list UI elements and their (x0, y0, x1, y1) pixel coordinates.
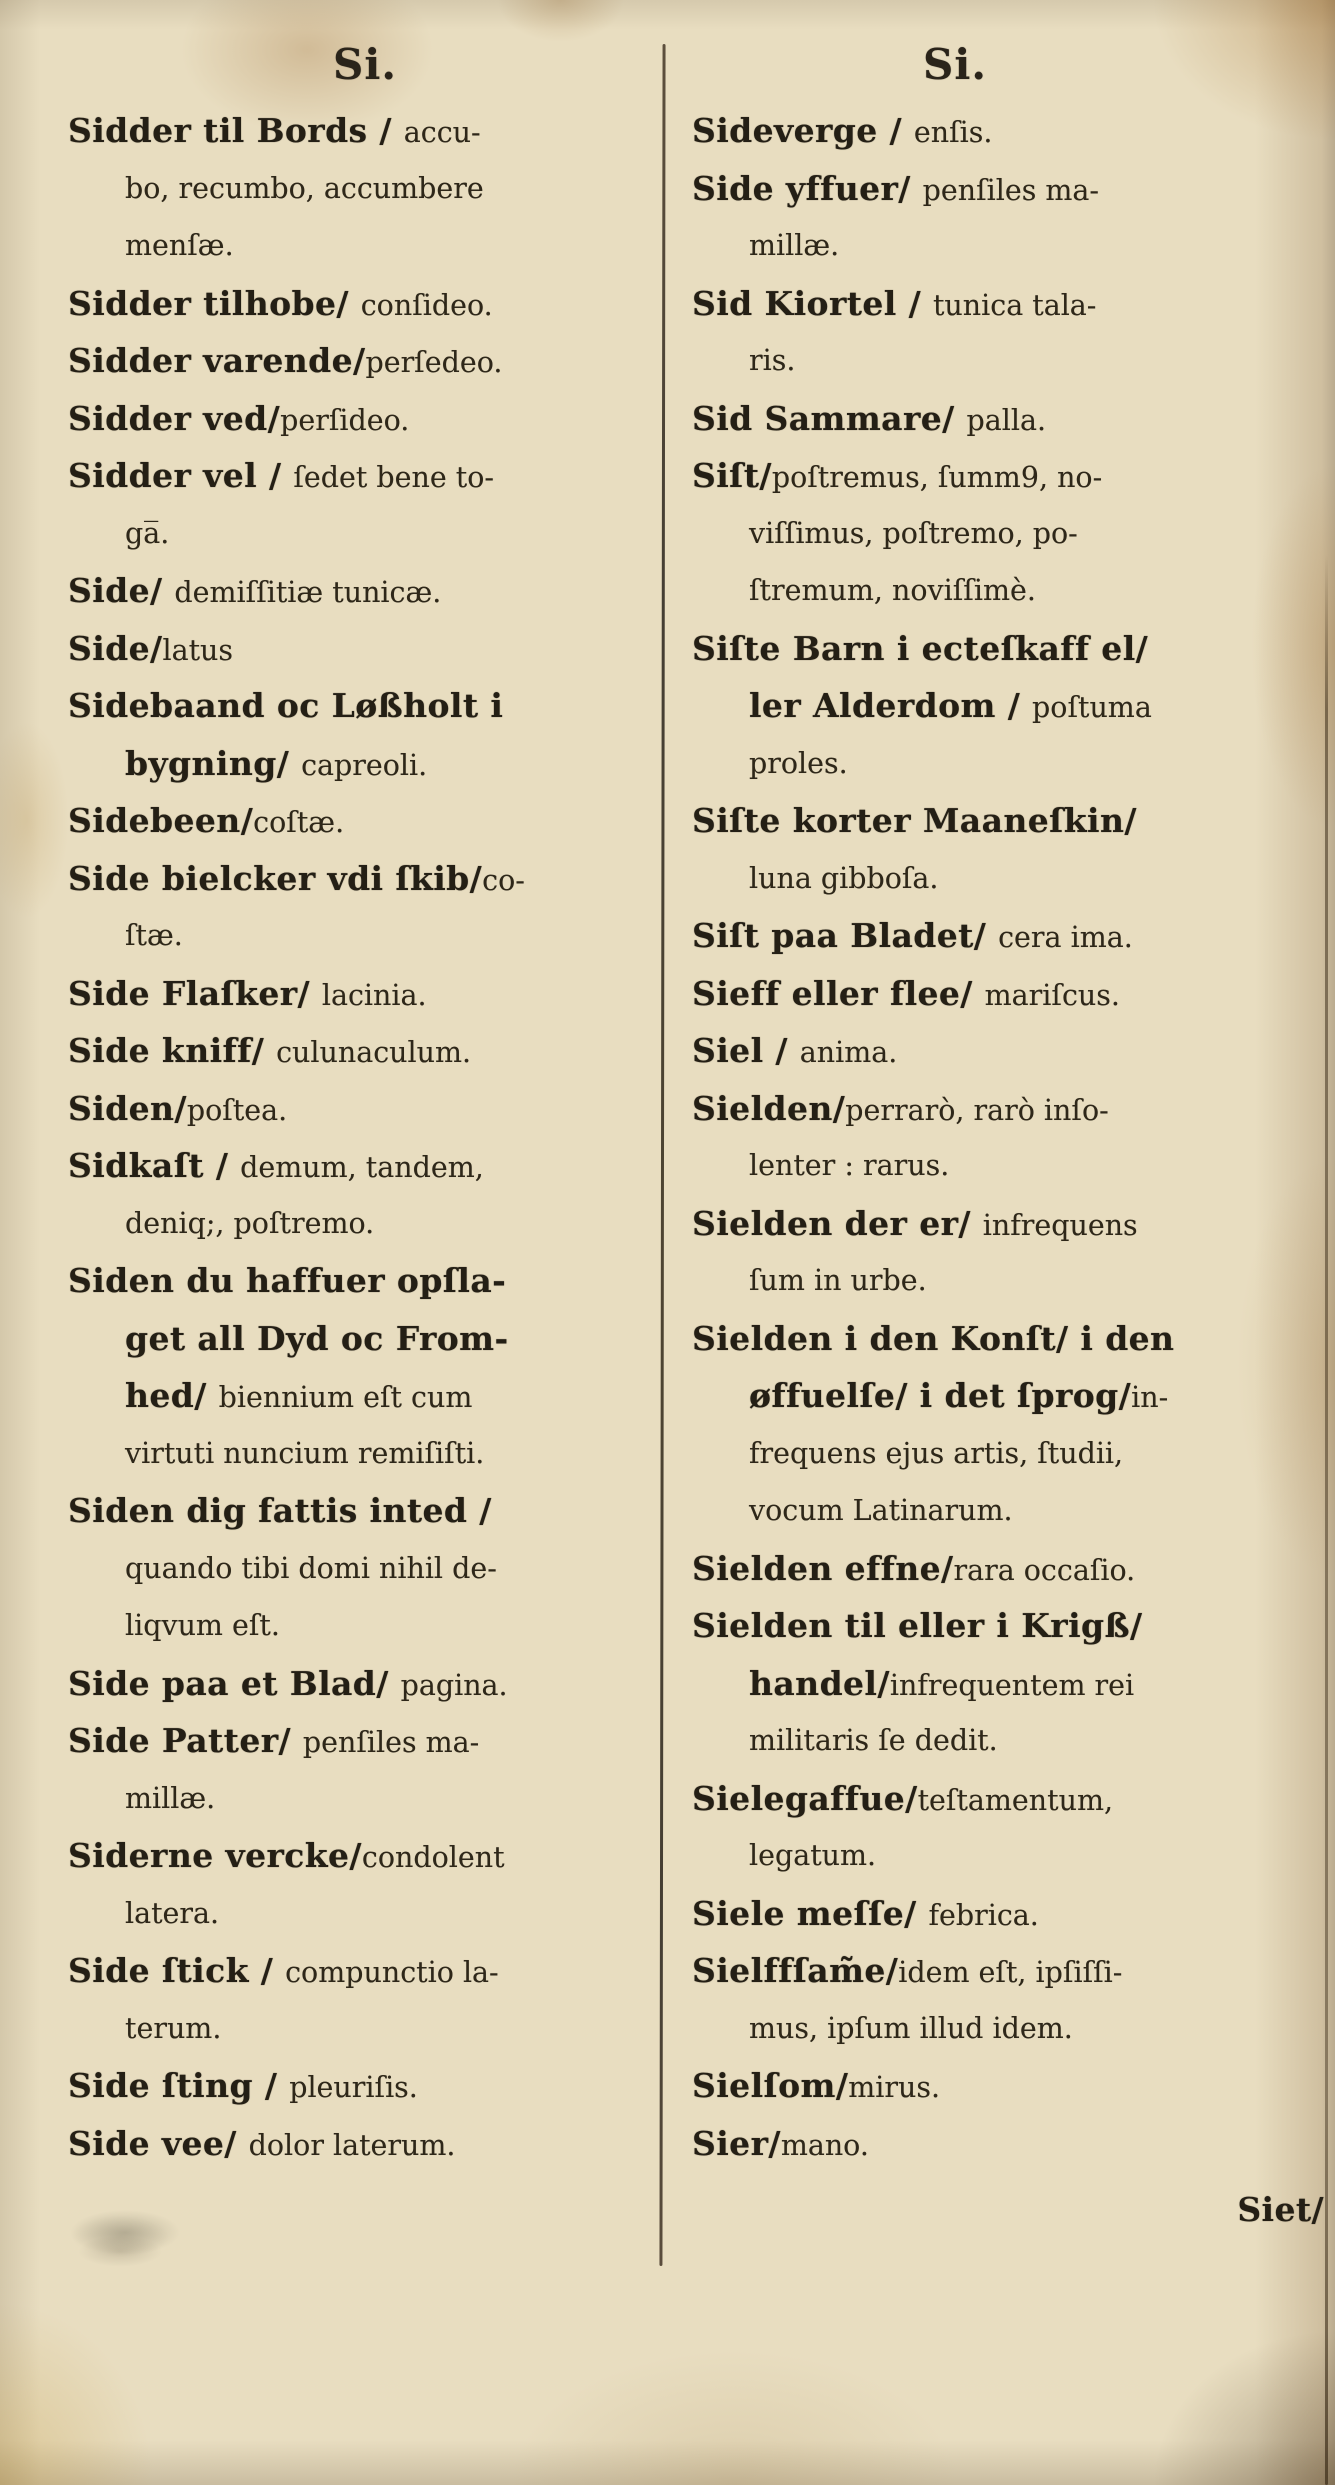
entry-line: bo, recumbo, accumbere (68, 160, 662, 218)
definition-text: perſideo. (280, 404, 409, 437)
headword-text: ler Alderdom / (749, 686, 1032, 725)
entry-line: Siſte Barn i ecteſkaff el/ (692, 620, 1334, 678)
definition-text: pagina. (401, 1669, 508, 1702)
running-head-right: Si. (692, 34, 1334, 96)
headword-text: Sidder ved/ (68, 399, 280, 438)
entry-line: Side/ demiſſitiæ tunicæ. (68, 562, 662, 620)
headword-text: Siden du haffuer opſla- (68, 1261, 506, 1300)
definition-text: teſtamentum, (918, 1784, 1113, 1817)
headword-text: Sideverge / (692, 111, 914, 150)
headword-text: Side vee/ (68, 2124, 249, 2163)
headword-text: Sidebaand oc Løßholt i (68, 686, 503, 725)
definition-text: ſum in urbe. (749, 1264, 927, 1297)
headword-text: Side/ (68, 571, 174, 610)
entry-line: terum. (68, 2000, 662, 2058)
definition-text: quando tibi domi nihil de- (125, 1552, 497, 1585)
entry-line: Side vee/ dolor laterum. (68, 2115, 662, 2173)
definition-text: demum, tandem, (240, 1151, 484, 1184)
headword-text: Siderne vercke/ (68, 1836, 362, 1875)
definition-text: conſideo. (361, 289, 493, 322)
definition-text: infrequens (983, 1209, 1138, 1242)
definition-text: compunctio la- (285, 1956, 499, 1989)
definition-text: terum. (125, 2012, 221, 2045)
headword-text: Side/ (68, 629, 163, 668)
entry-line: Side/latus (68, 620, 662, 678)
headword-text: Sidkaſt / (68, 1146, 240, 1185)
entry-line: ſtremum, noviſſimè. (692, 562, 1334, 620)
entry-line: Sidebeen/coſtæ. (68, 792, 662, 850)
entry-line: mus, ipſum illud idem. (692, 2000, 1334, 2058)
headword-text: Sidder varende/ (68, 341, 365, 380)
definition-text: mano. (781, 2129, 869, 2162)
entry-line: bygning/ capreoli. (68, 735, 662, 793)
definition-text: cera ima. (998, 921, 1133, 954)
definition-text: luna gibboſa. (749, 862, 938, 895)
entry-line: liqvum eſt. (68, 1597, 662, 1655)
catchword-row: Siet/ (692, 2190, 1334, 2229)
headword-text: Siſte Barn i ecteſkaff el/ (692, 629, 1148, 668)
entry-line: Sid Sammare/ palla. (692, 390, 1334, 448)
entry-line: millæ. (68, 1770, 662, 1828)
entry-line: øffuelſe/ i det ſprog/in- (692, 1367, 1334, 1425)
headword-text: Siden dig fattis inted / (68, 1491, 492, 1530)
entry-line: handel/infrequentem rei (692, 1655, 1334, 1713)
definition-text: demiſſitiæ tunicæ. (174, 576, 441, 609)
entry-line: Sidder varende/perſedeo. (68, 332, 662, 390)
definition-text: pleuriſis. (289, 2071, 418, 2104)
definition-text: palla. (967, 404, 1047, 437)
entry-line: Sier/mano. (692, 2115, 1334, 2173)
definition-text: viſſimus, poſtremo, po- (749, 517, 1078, 550)
definition-text: ga̅. (125, 517, 169, 550)
entry-line: quando tibi domi nihil de- (68, 1540, 662, 1598)
headword-text: Side bielcker vdi ſkib/ (68, 859, 482, 898)
definition-text: rara occaſio. (953, 1554, 1135, 1587)
entry-line: Side yffuer/ penſiles ma- (692, 160, 1334, 218)
definition-text: infrequentem rei (890, 1669, 1134, 1702)
running-head-left: Si. (68, 34, 662, 96)
definition-text: condolent (362, 1841, 505, 1874)
headword-text: Side Patter/ (68, 1721, 303, 1760)
definition-text: culunaculum. (276, 1036, 471, 1069)
definition-text: in- (1131, 1381, 1168, 1414)
entry-line: Sidebaand oc Løßholt i (68, 677, 662, 735)
entry-line: Sielden der er/ infrequens (692, 1195, 1334, 1253)
definition-text: poſtremus, ſumm9, no- (772, 461, 1102, 494)
headword-text: Siſt/ (692, 456, 772, 495)
entry-line: frequens ejus artis, ſtudii, (692, 1425, 1334, 1483)
entry-line: militaris ſe dedit. (692, 1712, 1334, 1770)
entry-line: ſum in urbe. (692, 1252, 1334, 1310)
headword-text: Sielffſam̃e/ (692, 1951, 898, 1990)
entry-line: Siderne vercke/condolent (68, 1827, 662, 1885)
headword-text: handel/ (749, 1664, 890, 1703)
definition-text: biennium eſt cum (219, 1381, 473, 1414)
entry-line: Sielffſam̃e/idem eſt, ipſiſſi- (692, 1942, 1334, 2000)
definition-text: anima. (800, 1036, 898, 1069)
definition-text: ſtremum, noviſſimè. (749, 574, 1036, 607)
entry-line: legatum. (692, 1827, 1334, 1885)
definition-text: capreoli. (301, 749, 427, 782)
headword-text: Siel / (692, 1031, 800, 1070)
definition-text: menſæ. (125, 229, 234, 262)
definition-text: latus (163, 634, 234, 667)
headword-text: Side ſting / (68, 2066, 289, 2105)
definition-text: tunica tala- (933, 289, 1096, 322)
entry-line: ler Alderdom / poſtuma (692, 677, 1334, 735)
entry-line: Siel / anima. (692, 1022, 1334, 1080)
definition-text: millæ. (749, 229, 839, 262)
entry-line: viſſimus, poſtremo, po- (692, 505, 1334, 563)
definition-text: ſedet bene to- (293, 461, 494, 494)
definition-text: lacinia. (322, 979, 427, 1012)
entry-line: Sidder ved/perſideo. (68, 390, 662, 448)
definition-text: mariſcus. (985, 979, 1120, 1012)
entry-line: Sidder vel / ſedet bene to- (68, 447, 662, 505)
definition-text: latera. (125, 1897, 219, 1930)
entry-line: Side kniff/ culunaculum. (68, 1022, 662, 1080)
definition-text: bo, recumbo, accumbere (125, 172, 484, 205)
entry-line: hed/ biennium eſt cum (68, 1367, 662, 1425)
headword-text: Side paa et Blad/ (68, 1664, 401, 1703)
definition-text: militaris ſe dedit. (749, 1724, 998, 1757)
definition-text: ſtæ. (125, 919, 183, 952)
entry-line: Siſt/poſtremus, ſumm9, no- (692, 447, 1334, 505)
entry-line: Siden dig fattis inted / (68, 1482, 662, 1540)
entry-line: ris. (692, 332, 1334, 390)
headword-text: Sidder vel / (68, 456, 293, 495)
headword-text: Sielden i den Konſt/ i den (692, 1319, 1174, 1358)
headword-text: Sielden effne/ (692, 1549, 953, 1588)
headword-text: Sielſom/ (692, 2066, 848, 2105)
headword-text: Side Flaſker/ (68, 974, 322, 1013)
definition-text: co- (482, 864, 525, 897)
headword-text: Sielden der er/ (692, 1204, 983, 1243)
headword-text: Siden/ (68, 1089, 187, 1128)
entry-line: Siele meſſe/ febrica. (692, 1885, 1334, 1943)
headword-text: Sidder tilhobe/ (68, 284, 361, 323)
headword-text: Sidebeen/ (68, 801, 253, 840)
entry-line: Sidkaſt / demum, tandem, (68, 1137, 662, 1195)
definition-text: virtuti nuncium remiſiſti. (125, 1437, 484, 1470)
entry-line: Sielden effne/rara occaſio. (692, 1540, 1334, 1598)
entry-line: lenter : rarus. (692, 1137, 1334, 1195)
definition-text: deniq;, poſtremo. (125, 1207, 374, 1240)
definition-text: febrica. (928, 1899, 1038, 1932)
headword-text: Sier/ (692, 2124, 781, 2163)
entry-line: Sielden i den Konſt/ i den (692, 1310, 1334, 1368)
right-column: Si. Sideverge / enſis.Side yffuer/ penſi… (692, 34, 1334, 2229)
left-column-entries: Sidder til Bords / accu-bo, recumbo, acc… (68, 102, 662, 2172)
entry-line: deniq;, poſtremo. (68, 1195, 662, 1253)
headword-text: Sielden til eller i Krigß/ (692, 1606, 1142, 1645)
entry-line: Siden/poſtea. (68, 1080, 662, 1138)
definition-text: poſtuma (1032, 691, 1152, 724)
entry-line: Sid Kiortel / tunica tala- (692, 275, 1334, 333)
entry-line: Side paa et Blad/ pagina. (68, 1655, 662, 1713)
headword-text: Sid Kiortel / (692, 284, 933, 323)
definition-text: poſtea. (187, 1094, 287, 1127)
entry-line: Sielſom/mirus. (692, 2057, 1334, 2115)
definition-text: millæ. (125, 1782, 215, 1815)
entry-line: latera. (68, 1885, 662, 1943)
entry-line: Sideverge / enſis. (692, 102, 1334, 160)
headword-text: Sielegaffue/ (692, 1779, 918, 1818)
definition-text: mirus. (848, 2071, 940, 2104)
headword-text: Sieff eller flee/ (692, 974, 985, 1013)
entry-line: Side ſtick / compunctio la- (68, 1942, 662, 2000)
entry-line: Side bielcker vdi ſkib/co- (68, 850, 662, 908)
definition-text: enſis. (914, 116, 993, 149)
entry-line: millæ. (692, 217, 1334, 275)
headword-text: Siſte korter Maaneſkin/ (692, 801, 1137, 840)
entry-line: Sielden til eller i Krigß/ (692, 1597, 1334, 1655)
headword-text: Sid Sammare/ (692, 399, 967, 438)
entry-line: Side Flaſker/ lacinia. (68, 965, 662, 1023)
entry-line: Sielegaffue/teſtamentum, (692, 1770, 1334, 1828)
entry-line: virtuti nuncium remiſiſti. (68, 1425, 662, 1483)
definition-text: accu- (404, 116, 481, 149)
entry-line: Siſte korter Maaneſkin/ (692, 792, 1334, 850)
definition-text: idem eſt, ipſiſſi- (898, 1956, 1122, 1989)
headword-text: Siſt paa Bladet/ (692, 916, 998, 955)
entry-line: menſæ. (68, 217, 662, 275)
headword-text: Sielden/ (692, 1089, 845, 1128)
right-column-entries: Sideverge / enſis.Side yffuer/ penſiles … (692, 102, 1334, 2172)
entry-line: luna gibboſa. (692, 850, 1334, 908)
book-page: { "colors": { "paper": "#e8ddc0", "ink":… (0, 0, 1335, 2485)
entry-line: ſtæ. (68, 907, 662, 965)
entry-line: proles. (692, 735, 1334, 793)
headword-text: Side ſtick / (68, 1951, 285, 1990)
headword-text: Siele meſſe/ (692, 1894, 928, 1933)
headword-text: Side yffuer/ (692, 169, 923, 208)
ink-smudge (70, 2210, 180, 2255)
entry-line: Side Patter/ penſiles ma- (68, 1712, 662, 1770)
definition-text: dolor laterum. (249, 2129, 456, 2162)
catchword: Siet/ (1237, 2190, 1324, 2229)
entry-line: vocum Latinarum. (692, 1482, 1334, 1540)
entry-line: Sieff eller flee/ mariſcus. (692, 965, 1334, 1023)
left-column: Si. Sidder til Bords / accu-bo, recumbo,… (68, 34, 662, 2172)
entry-line: Sidder til Bords / accu- (68, 102, 662, 160)
definition-text: legatum. (749, 1839, 876, 1872)
definition-text: ris. (749, 344, 795, 377)
definition-text: proles. (749, 747, 848, 780)
definition-text: perſedeo. (365, 346, 502, 379)
headword-text: get all Dyd oc From- (125, 1319, 509, 1358)
definition-text: liqvum eſt. (125, 1609, 280, 1642)
definition-text: coſtæ. (253, 806, 344, 839)
headword-text: Sidder til Bords / (68, 111, 404, 150)
definition-text: lenter : rarus. (749, 1149, 949, 1182)
headword-text: øffuelſe/ i det ſprog/ (749, 1376, 1131, 1415)
entry-line: ga̅. (68, 505, 662, 563)
definition-text: penſiles ma- (303, 1726, 479, 1759)
definition-text: vocum Latinarum. (749, 1494, 1013, 1527)
definition-text: penſiles ma- (923, 174, 1099, 207)
entry-line: Sielden/perrarò, rarò inſo- (692, 1080, 1334, 1138)
entry-line: Siſt paa Bladet/ cera ima. (692, 907, 1334, 965)
entry-line: Side ſting / pleuriſis. (68, 2057, 662, 2115)
entry-line: Sidder tilhobe/ conſideo. (68, 275, 662, 333)
entry-line: get all Dyd oc From- (68, 1310, 662, 1368)
definition-text: mus, ipſum illud idem. (749, 2012, 1073, 2045)
headword-text: bygning/ (125, 744, 301, 783)
entry-line: Siden du haffuer opſla- (68, 1252, 662, 1310)
definition-text: frequens ejus artis, ſtudii, (749, 1437, 1123, 1470)
headword-text: Side kniff/ (68, 1031, 276, 1070)
headword-text: hed/ (125, 1376, 219, 1415)
definition-text: perrarò, rarò inſo- (845, 1094, 1109, 1127)
